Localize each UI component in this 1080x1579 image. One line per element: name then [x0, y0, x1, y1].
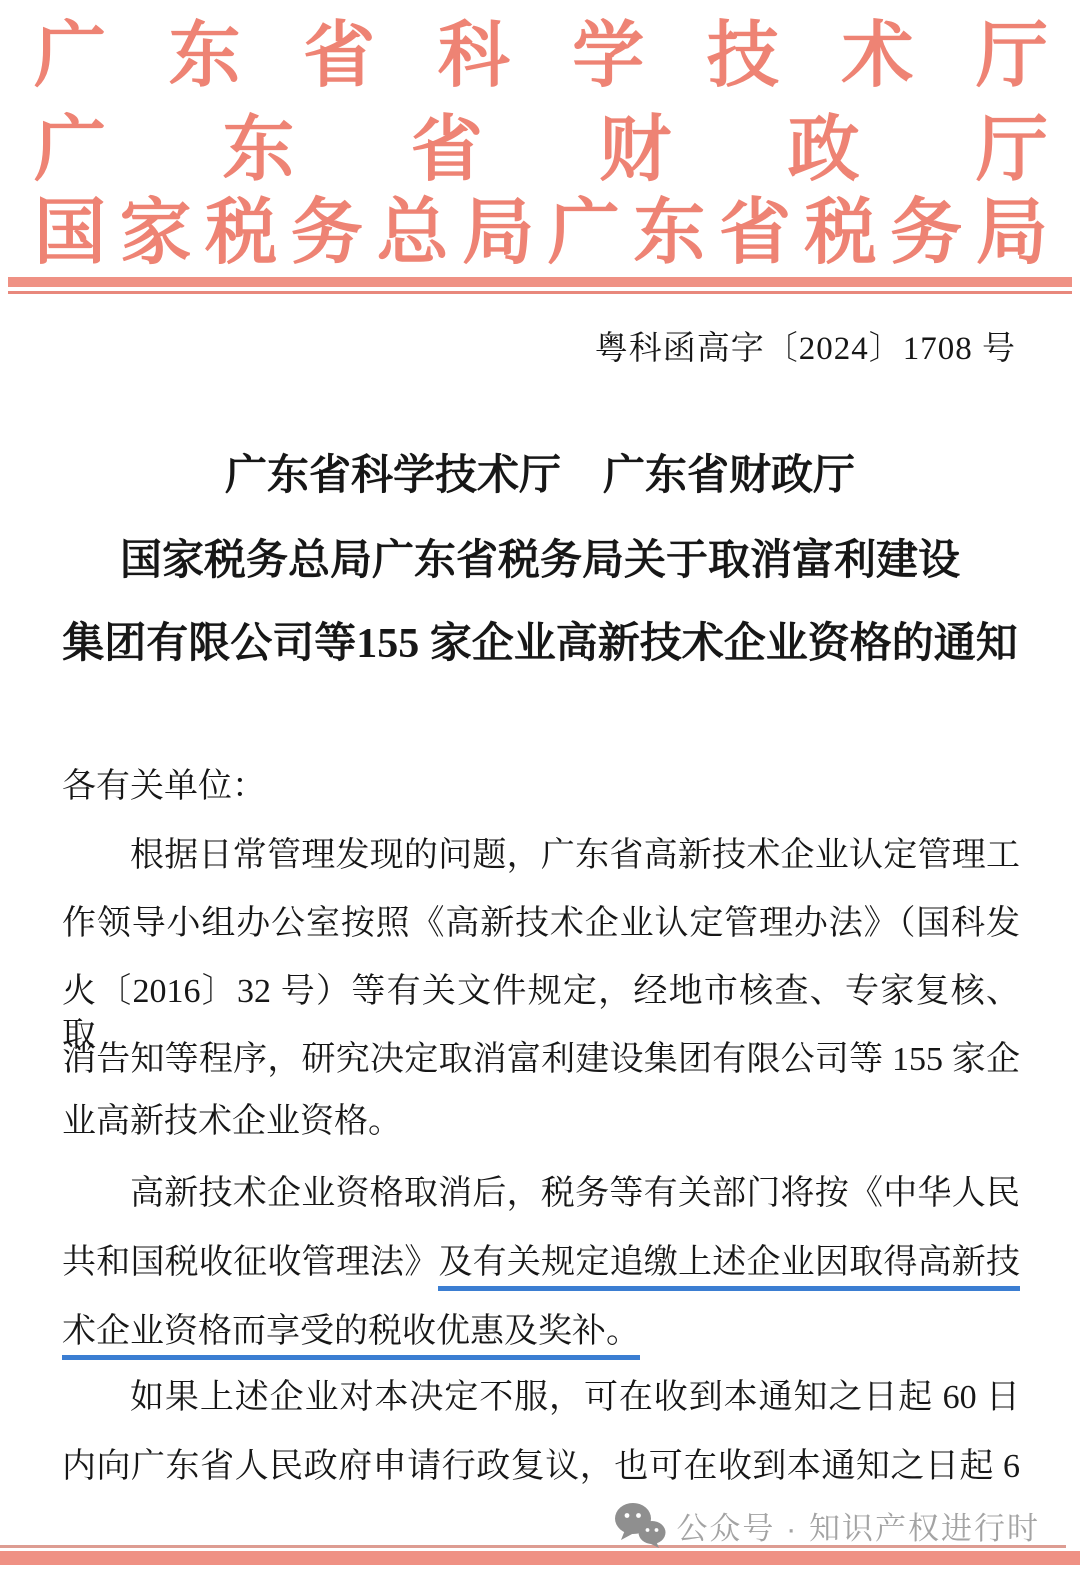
letterhead-divider-thick	[8, 277, 1072, 287]
salutation: 各有关单位：	[62, 765, 1020, 815]
official-notice-page: 广东省科学技术厅 广东省财政厅 国家税务总局广东省税务局 粤科函高字〔2024〕…	[0, 0, 1080, 1579]
paragraph-2-line-2-plain: 共和国税收征收管理法》	[62, 1244, 438, 1281]
paragraph-2-line-2: 共和国税收征收管理法》及有关规定追缴上述企业因取得高新技	[62, 1241, 1020, 1291]
letterhead-divider-thin	[8, 291, 1072, 294]
paragraph-2-line-1: 高新技术企业资格取消后，税务等有关部门将按《中华人民	[62, 1172, 1020, 1222]
wechat-icon	[614, 1502, 666, 1548]
paragraph-2-line-3-underlined: 术企业资格而享受的税收优惠及奖补。	[62, 1313, 640, 1360]
paragraph-3-line-2: 内向广东省人民政府申请行政复议，也可在收到本通知之日起 6	[62, 1445, 1020, 1495]
document-number: 粤科函高字〔2024〕1708 号	[595, 328, 1016, 370]
notice-title-line-3: 集团有限公司等155 家企业高新技术企业资格的通知	[0, 618, 1080, 672]
paragraph-2-line-3: 术企业资格而享受的税收优惠及奖补。	[62, 1310, 1020, 1360]
notice-title-line-1: 广东省科学技术厅 广东省财政厅	[0, 450, 1080, 504]
paragraph-1-line-5: 业高新技术企业资格。	[62, 1100, 1020, 1150]
letterhead-line-1: 广东省科学技术厅	[34, 16, 1048, 98]
paragraph-1-line-3: 火〔2016〕32 号）等有关文件规定，经地市核查、专家复核、取	[62, 970, 1020, 1020]
paragraph-1-line-4: 消告知等程序，研究决定取消富利建设集团有限公司等 155 家企	[62, 1038, 1020, 1088]
bottom-divider-thick	[0, 1551, 1080, 1565]
paragraph-1-line-2: 作领导小组办公室按照《高新技术企业认定管理办法》（国科发	[62, 902, 1020, 952]
letterhead-line-3: 国家税务总局广东省税务局	[34, 193, 1048, 275]
watermark: 公众号 · 知识产权进行时	[614, 1502, 1040, 1548]
notice-title-line-2: 国家税务总局广东省税务局关于取消富利建设	[0, 535, 1080, 589]
paragraph-1-line-1: 根据日常管理发现的问题，广东省高新技术企业认定管理工	[62, 834, 1020, 884]
paragraph-2-line-2-underlined: 及有关规定追缴上述企业因取得高新技	[438, 1244, 1020, 1291]
paragraph-3-line-1: 如果上述企业对本决定不服，可在收到本通知之日起 60 日	[62, 1376, 1020, 1426]
watermark-label: 公众号 · 知识产权进行时	[676, 1503, 1040, 1548]
letterhead-line-2: 广东省财政厅	[34, 110, 1048, 192]
